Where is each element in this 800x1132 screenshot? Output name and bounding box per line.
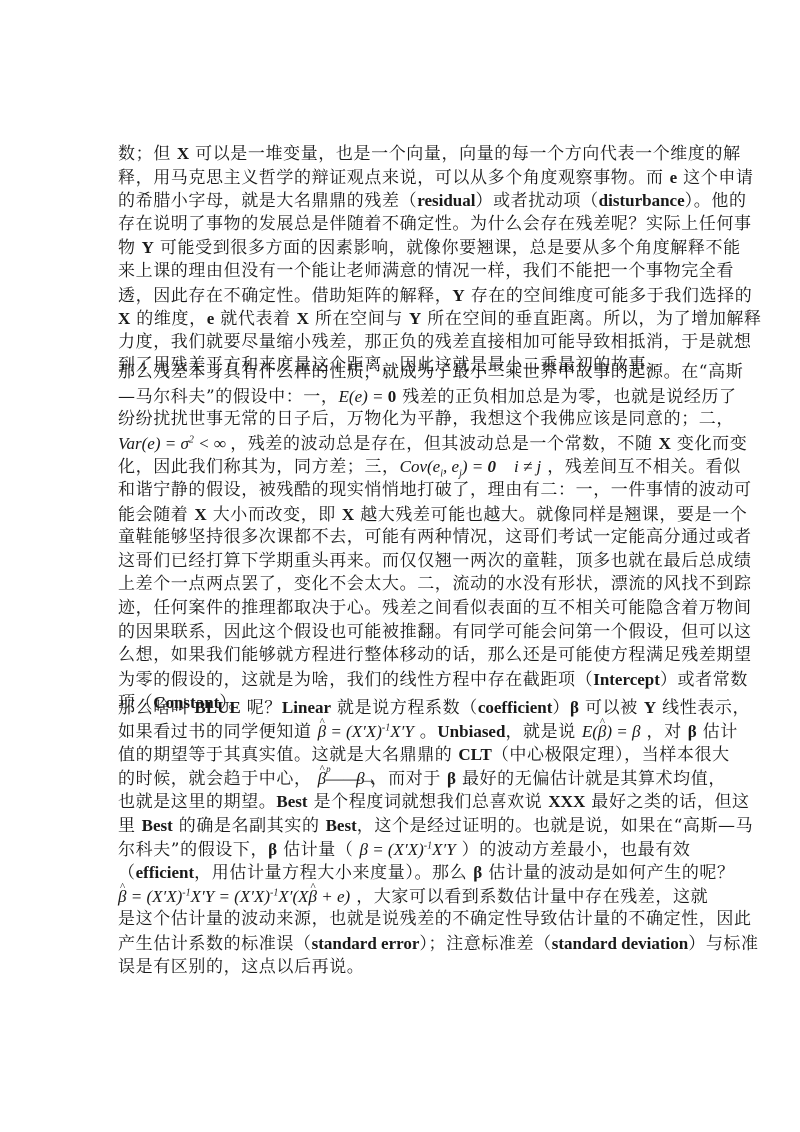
text-line: 上差个一点两点罢了，变化不会太大。二，流动的水没有形状，漂流的风找不到踪 [118,573,688,597]
text-line: 里 Best 的确是名副其实的 Best，这个是经过证明的。也就是说，如果在“高… [118,814,688,838]
text-line: 值的期望等于其真实值。这就是大名鼎鼎的 CLT（中心极限定理），当样本很大 [118,743,688,767]
text-line: 为零的假设的，这就是为啥，我们的线性方程中存在截距项（Intercept）或者常… [118,668,688,692]
text-line: 产生估计系数的标准误（standard error）；注意标准差（standar… [118,932,688,956]
text-line: 也就是这里的期望。Best 是个程度词就想我们总喜欢说 XXX 最好之类的话，但… [118,790,688,814]
text-line: 误是有区别的，这点以后再说。 [118,956,688,980]
text-line: 和谐宁静的假设，被残酷的现实悄悄地打破了，理由有二：一，一件事情的波动可 [118,479,688,503]
text-line: 那么残差本身具有什么样的性质，就成为了最小二乘世界中故事的起源。在“高斯 [118,361,688,385]
text-line: 能会随着 X 大小而改变，即 X 越大残差可能也越大。就像同样是翘课，要是一个 [118,503,688,527]
text-line: 童鞋能够坚持很多次课都不去，可能有两种情况，这哥们考试一定能高分通过或者 [118,526,688,550]
paragraph-residual-intro: 数；但 X 可以是一堆变量，也是一个向量，向量的每一个方向代表一个维度的解 释，… [118,142,688,378]
text-line: 存在说明了事物的发展总是伴随着不确定性。为什么会存在残差呢？实际上任何事 [118,213,688,237]
document-page: 数；但 X 可以是一堆变量，也是一个向量，向量的每一个方向代表一个维度的解 释，… [0,0,800,1132]
text-line: 释，用马克思主义哲学的辩证观点来说，可以从多个角度观察事物。而 e 这个申请 [118,166,688,190]
math-convergence: βp——→β [318,769,365,788]
math-expectation: E(e) = [339,387,388,406]
text-line: 透，因此存在不确定性。借助矩阵的解释，Y 存在的空间维度可能多于我们选择的 [118,284,688,308]
text-line: β = (X′X)-1X′Y = (X′X)-1X′(Xβ + e) ，大家可以… [118,885,688,909]
text-line: X 的维度，e 就代表着 X 所在空间与 Y 所在空间的垂直距离。所以，为了增加… [118,307,688,331]
text-line: 尔科夫”的假设下，β 估计量（ β = (X′X)-1X′Y ）的波动方差最小，… [118,838,688,862]
text-line: 这哥们已经打算下学期重头再来。而仅仅翘一两次的童鞋，顶多也就在最后总成绩 [118,550,688,574]
arrow-icon: p——→ [326,767,356,791]
text-line: 如果看过书的同学便知道 β = (X′X)-1X′Y 。Unbiased，就是说… [118,720,688,744]
text-line: 的因果联系，因此这个假设也可能被推翻。有同学可能会问第一个假设，但可以这 [118,621,688,645]
text-line: 来上课的理由但没有一个能让老师满意的情况一样，我们不能把一个事物完全看 [118,260,688,284]
text-line: （efficient，用估计量方程大小来度量）。那么 β 估计量的波动是如何产生… [118,861,688,885]
math-covariance: Cov(ei, ej) = 0i ≠ j [400,457,542,476]
text-line: 数；但 X 可以是一堆变量，也是一个向量，向量的每一个方向代表一个维度的解 [118,142,688,166]
text-line: 化，因此我们称其为，同方差；三，Cov(ei, ej) = 0i ≠ j ，残差… [118,455,688,479]
math-variance: Var(e) = σ2 < ∞ [118,434,230,453]
text-line: 的希腊小字母，就是大名鼎鼎的残差（residual）或者扰动项（disturba… [118,189,688,213]
text-line: Var(e) = σ2 < ∞ ，残差的波动总是存在，但其波动总是一个常数，不随… [118,432,688,456]
math-ols-estimator: β = (X′X)-1X′Y [359,840,455,859]
paragraph-gauss-markov: 那么残差本身具有什么样的性质，就成为了最小二乘世界中故事的起源。在“高斯 —马尔… [118,361,688,715]
text-line: 力度，我们就要尽量缩小残差，那正负的残差直接相加可能导致相抵消，于是就想 [118,331,688,355]
text-line: 的时候，就会趋于中心， βp——→β ，而对于 β 最好的无偏估计就是其算术均值… [118,767,688,791]
math-unbiased: E(β) = β [582,722,641,741]
text-line: 迹，任何案件的推理都取决于心。残差之间看似表面的互不相关可能隐含着万物间 [118,597,688,621]
text-line: 么想，如果我们能够就方程进行整体移动的话，那么还是可能使方程满足残差期望 [118,644,688,668]
text-line: —马尔科夫”的假设中：一，E(e) = 0 残差的正负相加总是为零，也就是说经历… [118,385,688,409]
text-line: 是这个估计量的波动来源，也就是说残差的不确定性导致估计量的不确定性，因此 [118,908,688,932]
text-line: 纷纷扰扰世事无常的日子后，万物化为平静，我想这个我佛应该是同意的；二， [118,408,688,432]
paragraph-blue: 那么啥叫 BLUE 呢？Linear 就是说方程系数（coefficient）β… [118,696,688,979]
math-ols-estimator: β = (X′X)-1X′Y [318,722,414,741]
math-estimator-decomposition: β = (X′X)-1X′Y = (X′X)-1X′(Xβ + e) [118,887,350,906]
text-line: 物 Y 可能受到很多方面的因素影响，就像你要翘课，总是要从多个角度解释不能 [118,236,688,260]
